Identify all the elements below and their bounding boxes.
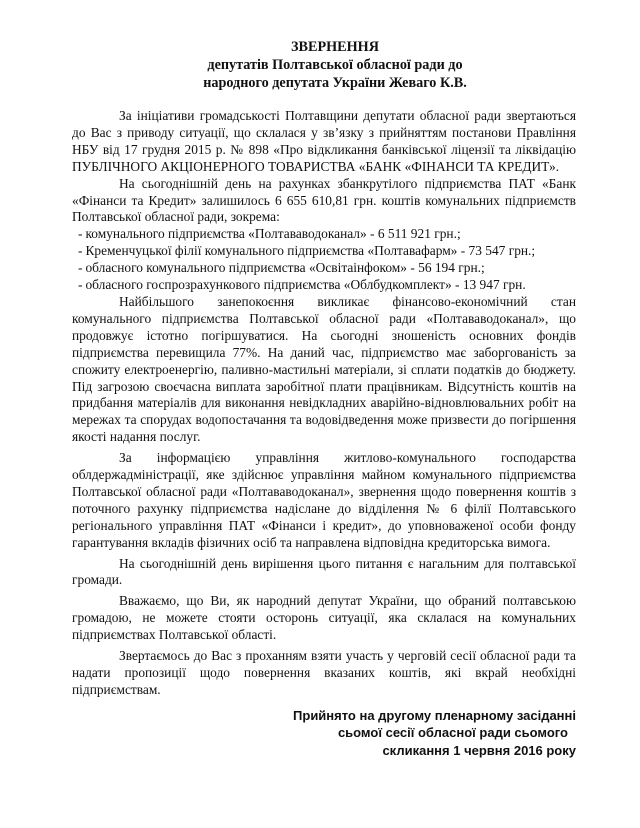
adoption-line-3: скликання 1 червня 2016 року bbox=[72, 742, 576, 760]
adoption-note: Прийнято на другому пленарному засіданні… bbox=[72, 707, 576, 760]
paragraph-request: Звертаємось до Вас з проханням взяти уча… bbox=[72, 648, 576, 699]
list-item: -комунального підприємства «Полтававодок… bbox=[72, 226, 576, 243]
list-item: -обласного госпрозрахункового підприємст… bbox=[72, 277, 576, 294]
adoption-line-2: сьомої сесії обласної ради сьомого bbox=[72, 724, 576, 742]
list-item: -обласного комунального підприємства «Ос… bbox=[72, 260, 576, 277]
enterprise-funds-list: -комунального підприємства «Полтававодок… bbox=[72, 226, 576, 294]
title-subtitle-line-1: депутатів Полтавської обласної ради до bbox=[94, 56, 576, 74]
title-subtitle-line-2: народного депутата України Жеваго К.В. bbox=[94, 74, 576, 92]
paragraph-information: За інформацією управління житлово-комуна… bbox=[72, 450, 576, 551]
paragraph-concern: Найбільшого занепокоєння викликає фінанс… bbox=[72, 294, 576, 446]
list-item: -Кременчуцької філії комунального підпри… bbox=[72, 243, 576, 260]
document-title: ЗВЕРНЕННЯ депутатів Полтавської обласної… bbox=[72, 38, 576, 92]
paragraph-funds-balance: На сьогоднішній день на рахунках збанкру… bbox=[72, 176, 576, 227]
document-page: ЗВЕРНЕННЯ депутатів Полтавської обласної… bbox=[72, 0, 576, 759]
adoption-line-1: Прийнято на другому пленарному засіданні bbox=[72, 707, 576, 725]
paragraph-urgency: На сьогоднішній день вирішення цього пит… bbox=[72, 556, 576, 590]
paragraph-initiative: За ініціативи громадськості Полтавщини д… bbox=[72, 108, 576, 176]
title-heading: ЗВЕРНЕННЯ bbox=[94, 38, 576, 56]
paragraph-appeal: Вважаємо, що Ви, як народний депутат Укр… bbox=[72, 593, 576, 644]
